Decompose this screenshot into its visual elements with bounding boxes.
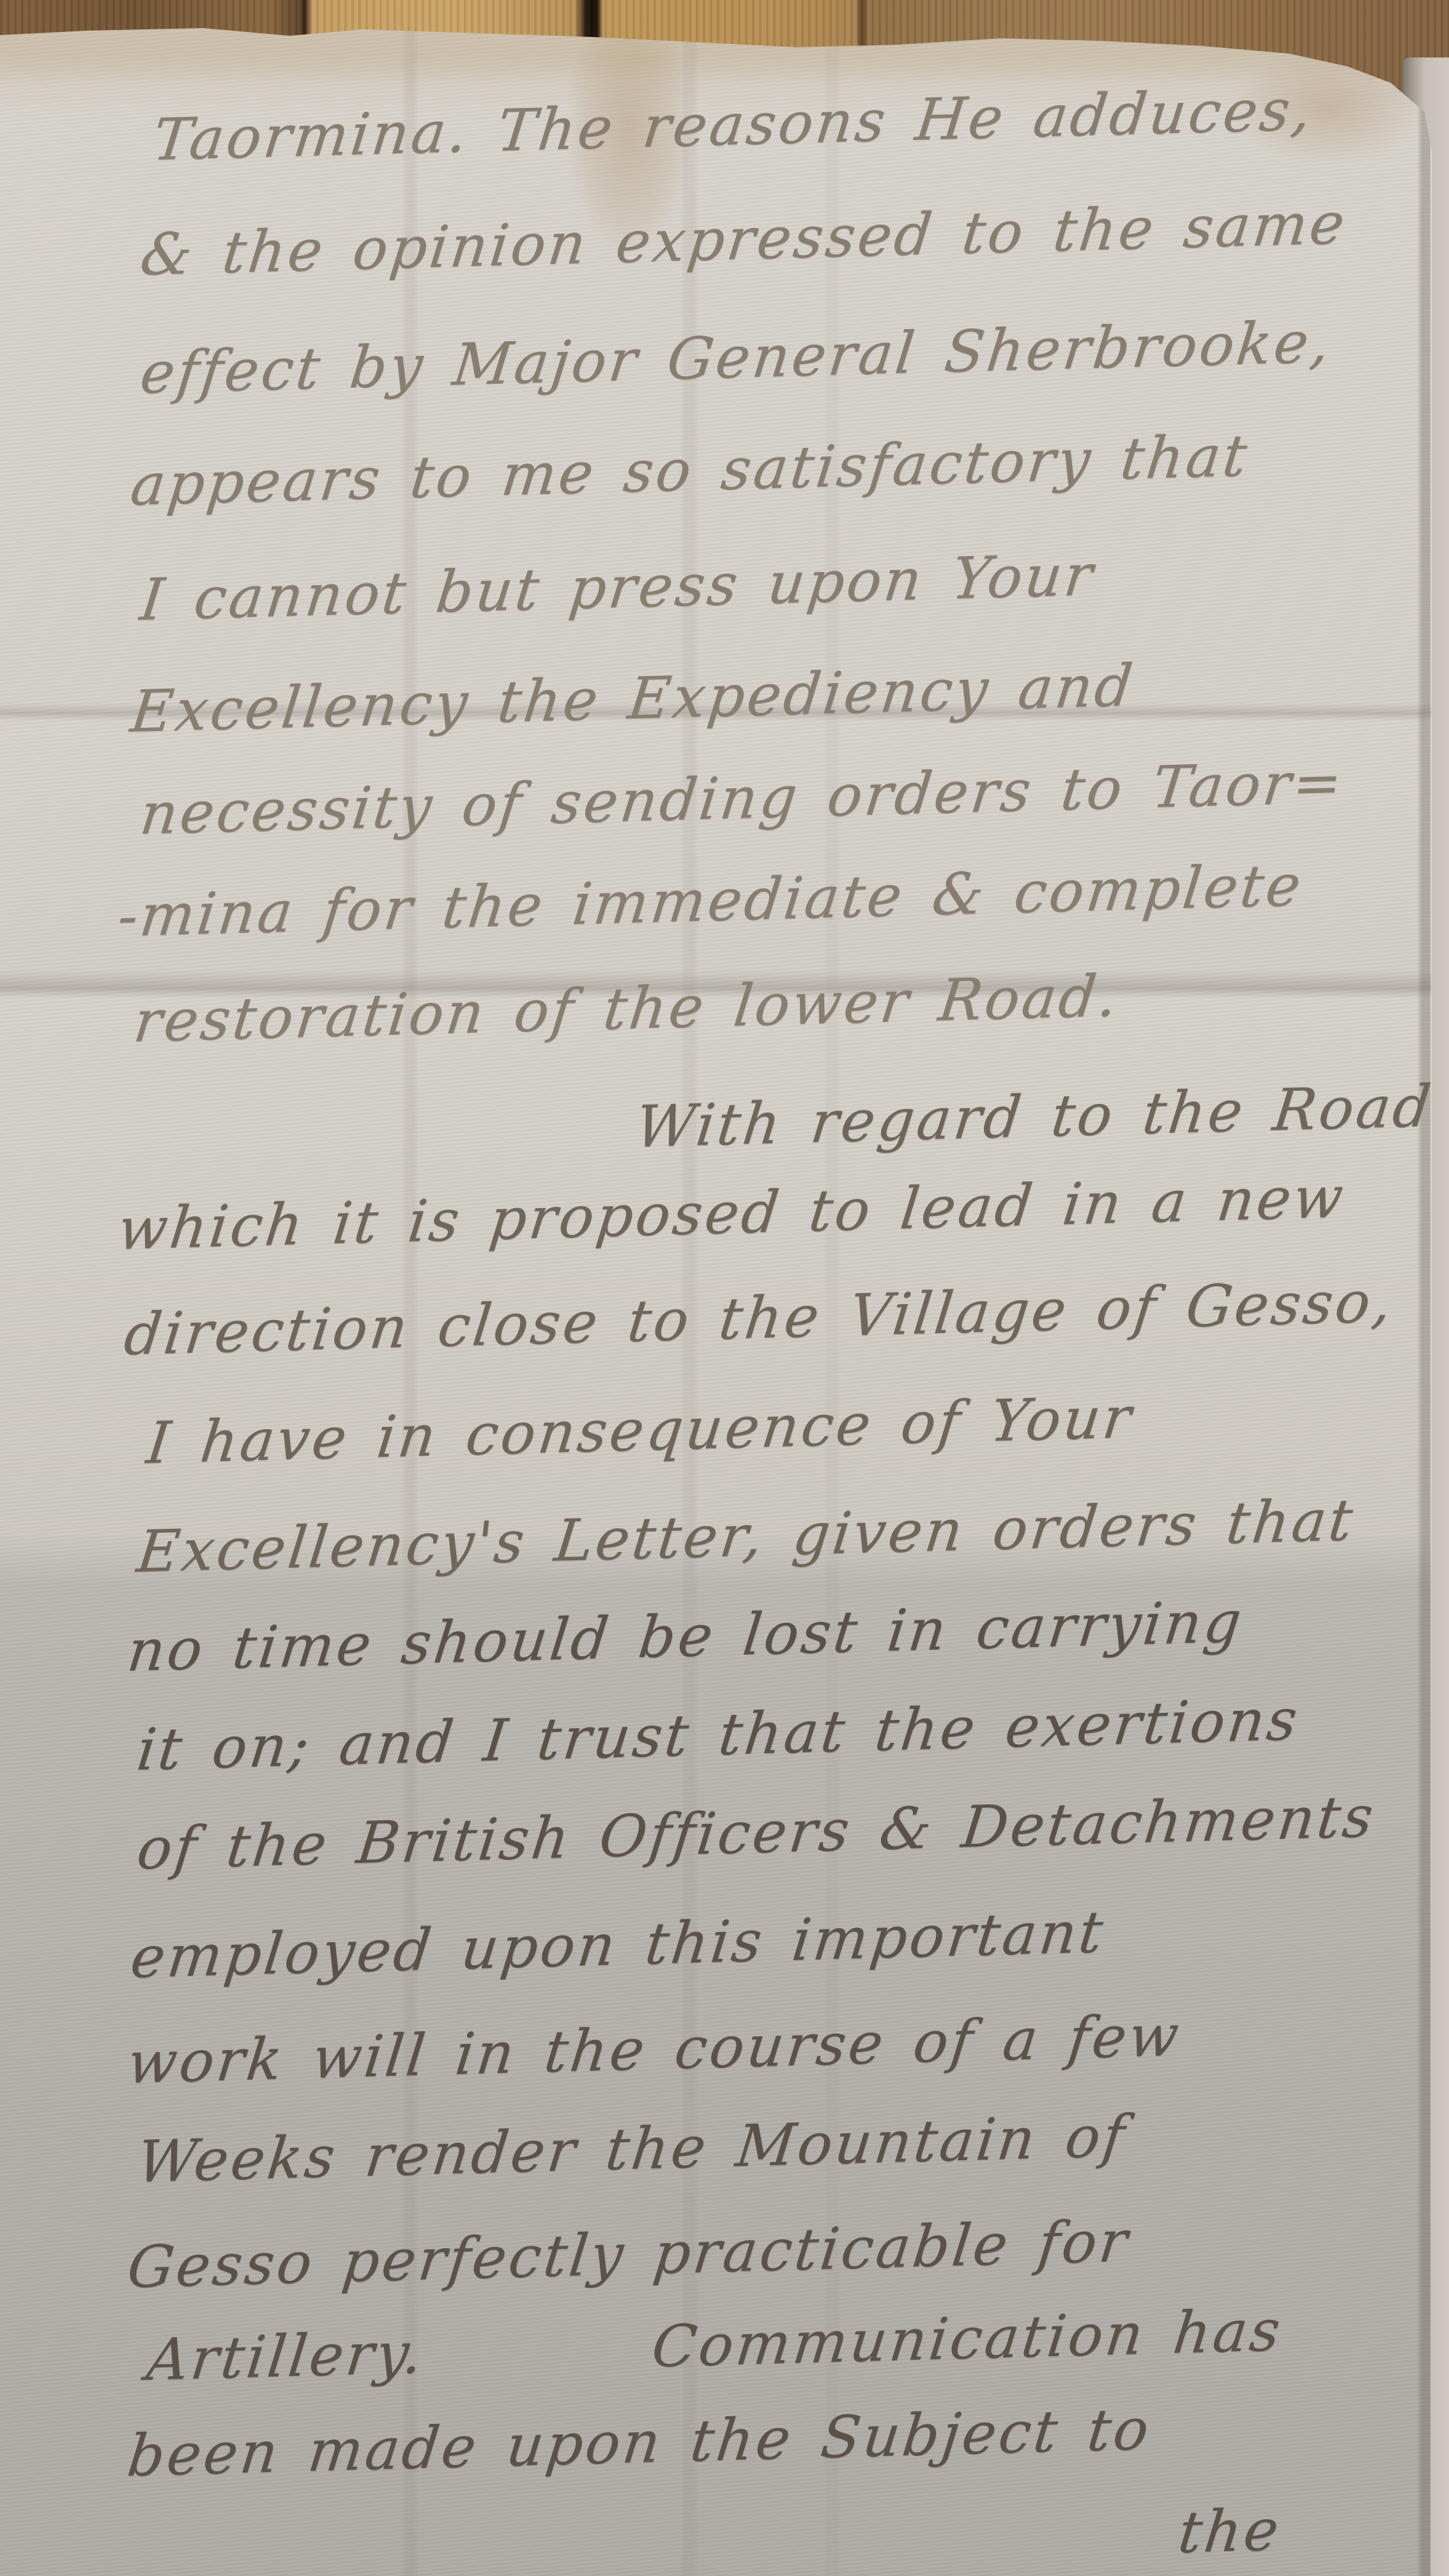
letter-line: no time should be lost in carrying xyxy=(125,1593,1246,1680)
letter-line: restoration of the lower Road. xyxy=(131,967,1123,1051)
letter-line: employed upon this important xyxy=(128,1904,1108,1987)
letter-line: I cannot but press upon Your xyxy=(137,547,1098,629)
letter-line: -mina for the immediate & complete xyxy=(115,857,1306,946)
catchword: the xyxy=(1176,2502,1284,2562)
letter-line: & the opinion expressed to the same xyxy=(137,195,1350,284)
letter-line: which it is proposed to lead in a new xyxy=(115,1169,1349,1259)
letter-line: Taormina. The reasons He adduces, xyxy=(150,81,1316,169)
letter-line: of the British Officers & Detachments xyxy=(134,1788,1378,1878)
letter-line: direction close to the Village of Gesso, xyxy=(121,1273,1397,1364)
letter-line: Excellency the Expediency and xyxy=(128,657,1138,741)
letter-line: it on; and I trust that the exertions xyxy=(134,1691,1303,1779)
letter-line: Artillery. Communication has xyxy=(144,2302,1285,2389)
letter-line: Weeks render the Mountain of xyxy=(134,2108,1130,2191)
letter-line: been made upon the Subject to xyxy=(125,2401,1154,2485)
letter-line: I have in consequence of Your xyxy=(144,1389,1137,1473)
letter-line: Excellency's Letter, given orders that xyxy=(134,1492,1358,1581)
letter-line: With regard to the Road xyxy=(632,1078,1436,1156)
letter-line: necessity of sending orders to Taor= xyxy=(137,754,1347,843)
letter-line: appears to me so satisfactory that xyxy=(128,427,1252,514)
letter-line: effect by Major General Sherbrooke, xyxy=(137,314,1335,402)
photo-scene: Taormina. The reasons He adduces, & the … xyxy=(0,0,1449,2576)
letter-line: work will in the course of a few xyxy=(125,2007,1184,2092)
letter-page: Taormina. The reasons He adduces, & the … xyxy=(0,0,1449,2576)
letter-line: Gesso perfectly practicable for xyxy=(125,2213,1133,2297)
